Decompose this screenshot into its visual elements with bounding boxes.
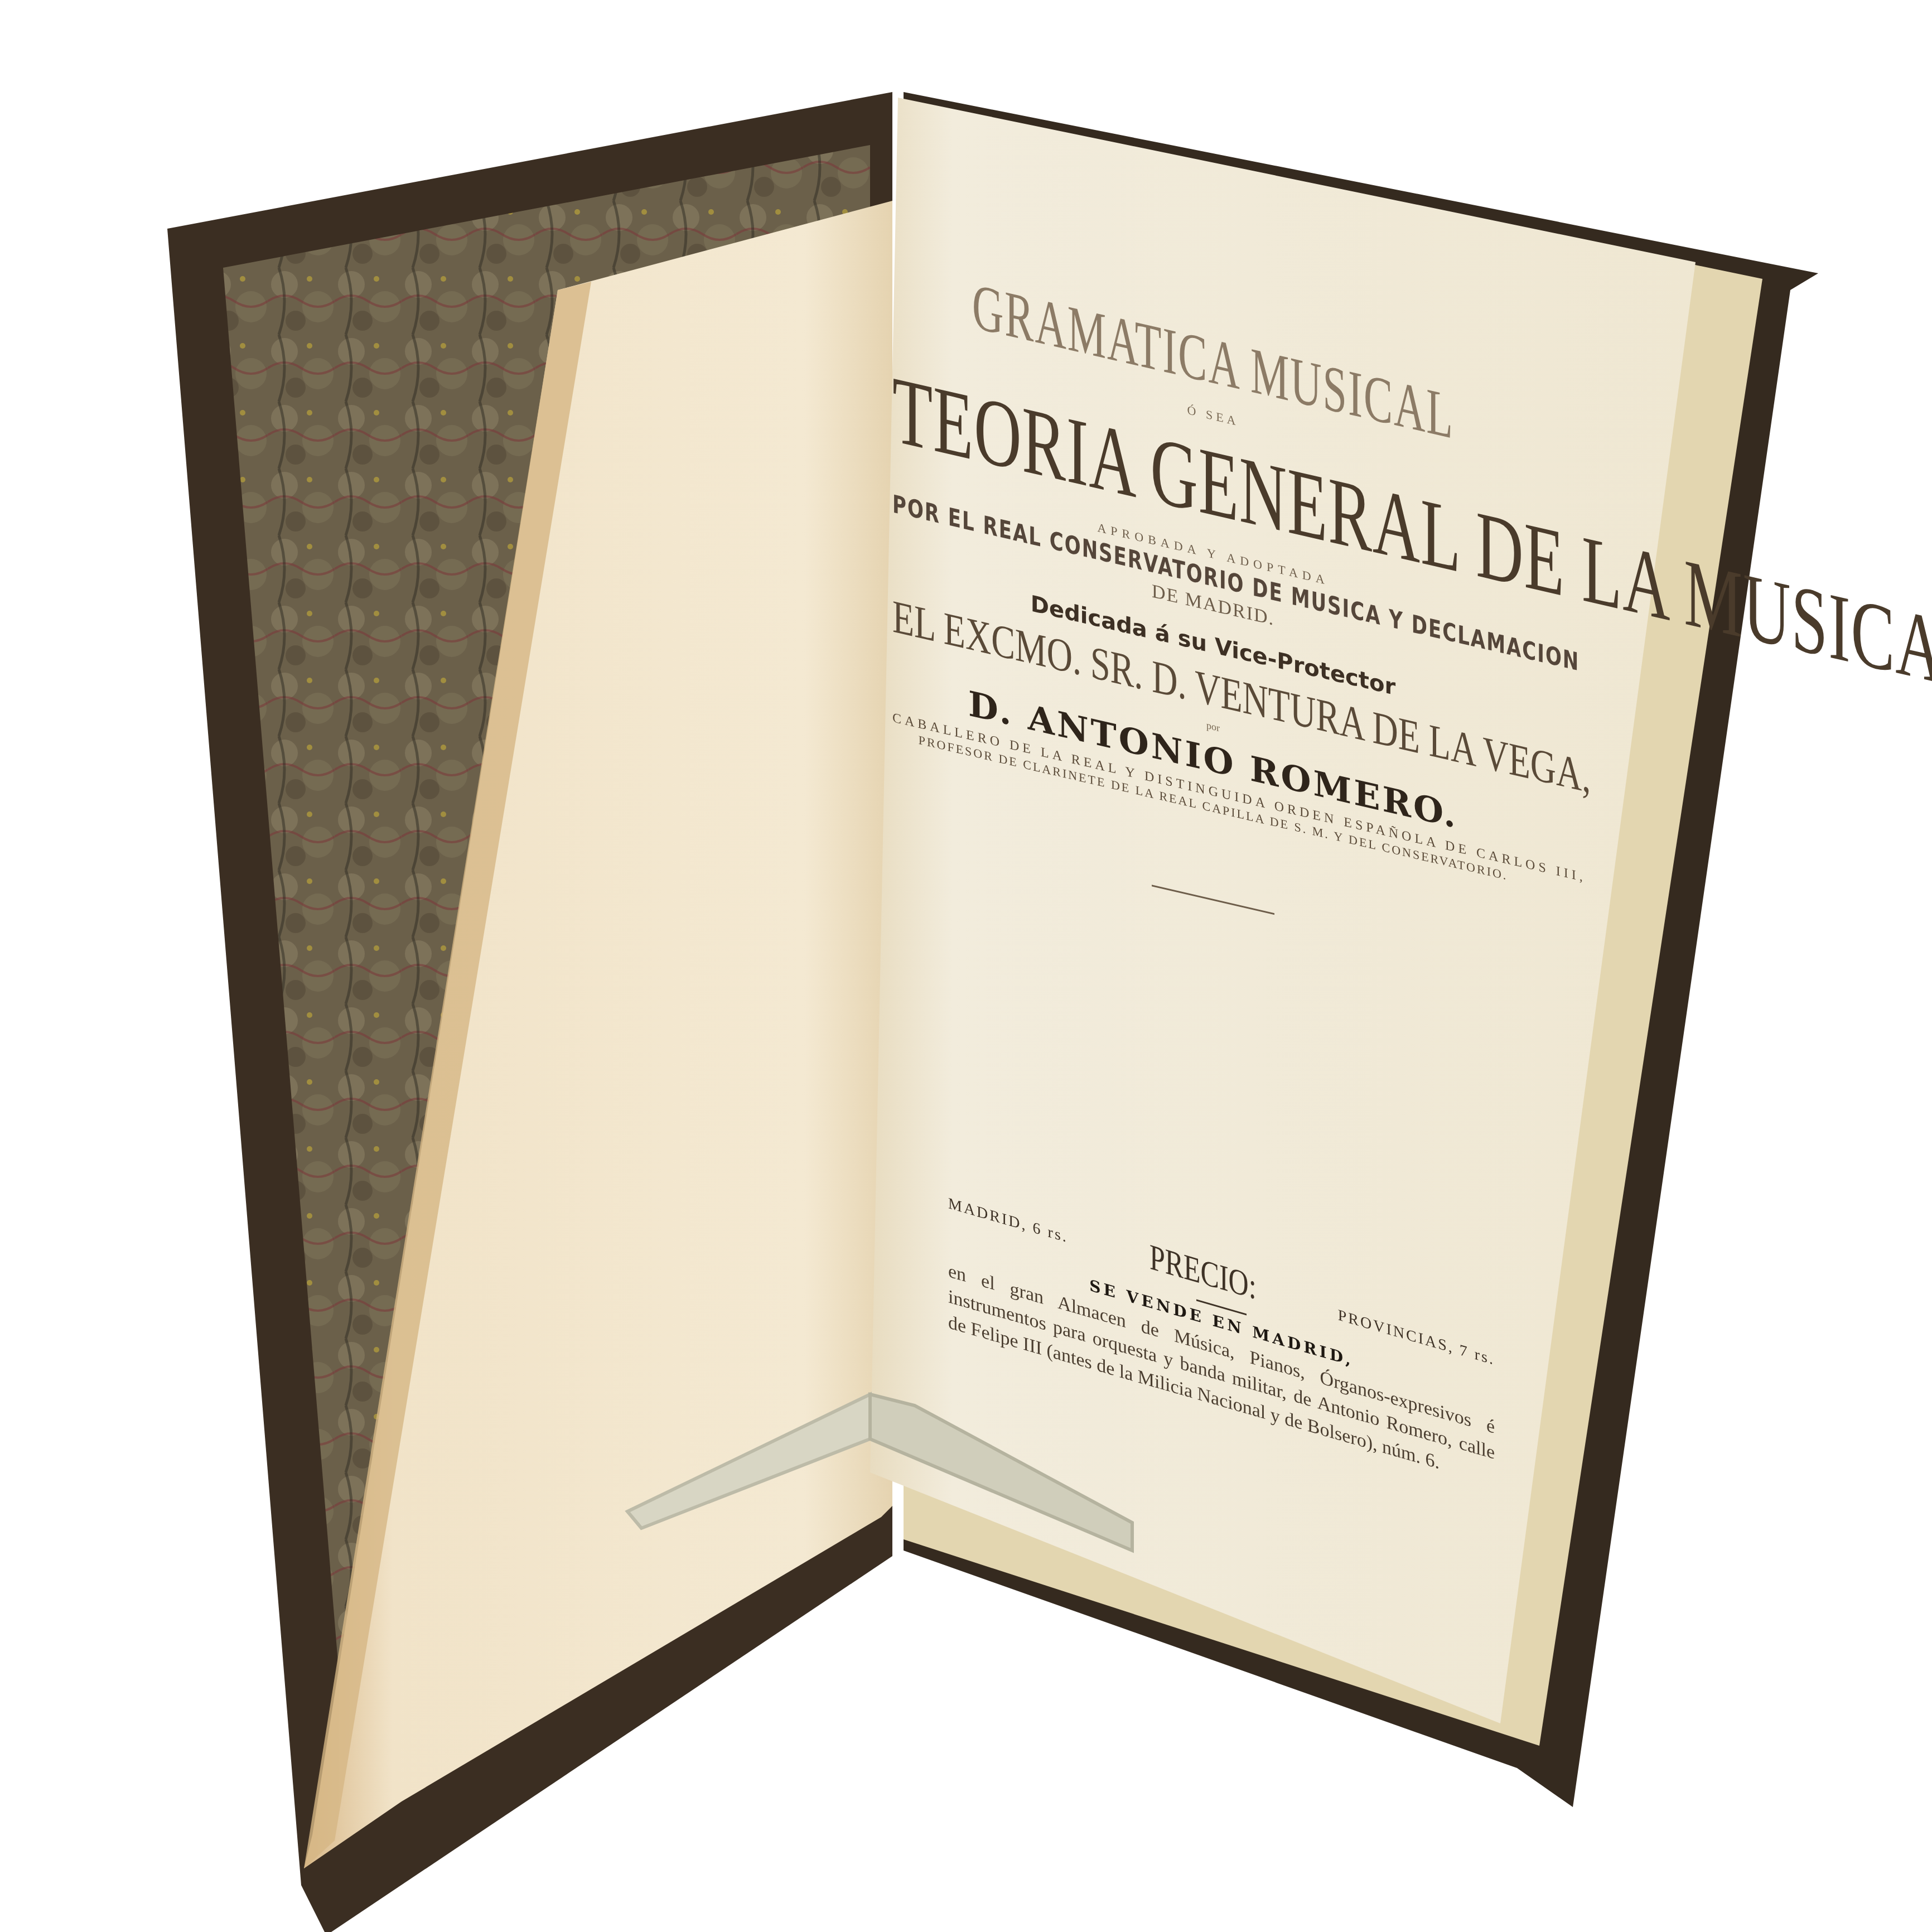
divider-rule [1152, 885, 1274, 915]
book-photo-scene: GRAMATICA MUSICAL Ó SEA TEORIA GENERAL D… [0, 0, 1932, 1932]
title-page-text: GRAMATICA MUSICAL Ó SEA TEORIA GENERAL D… [892, 262, 1534, 1247]
